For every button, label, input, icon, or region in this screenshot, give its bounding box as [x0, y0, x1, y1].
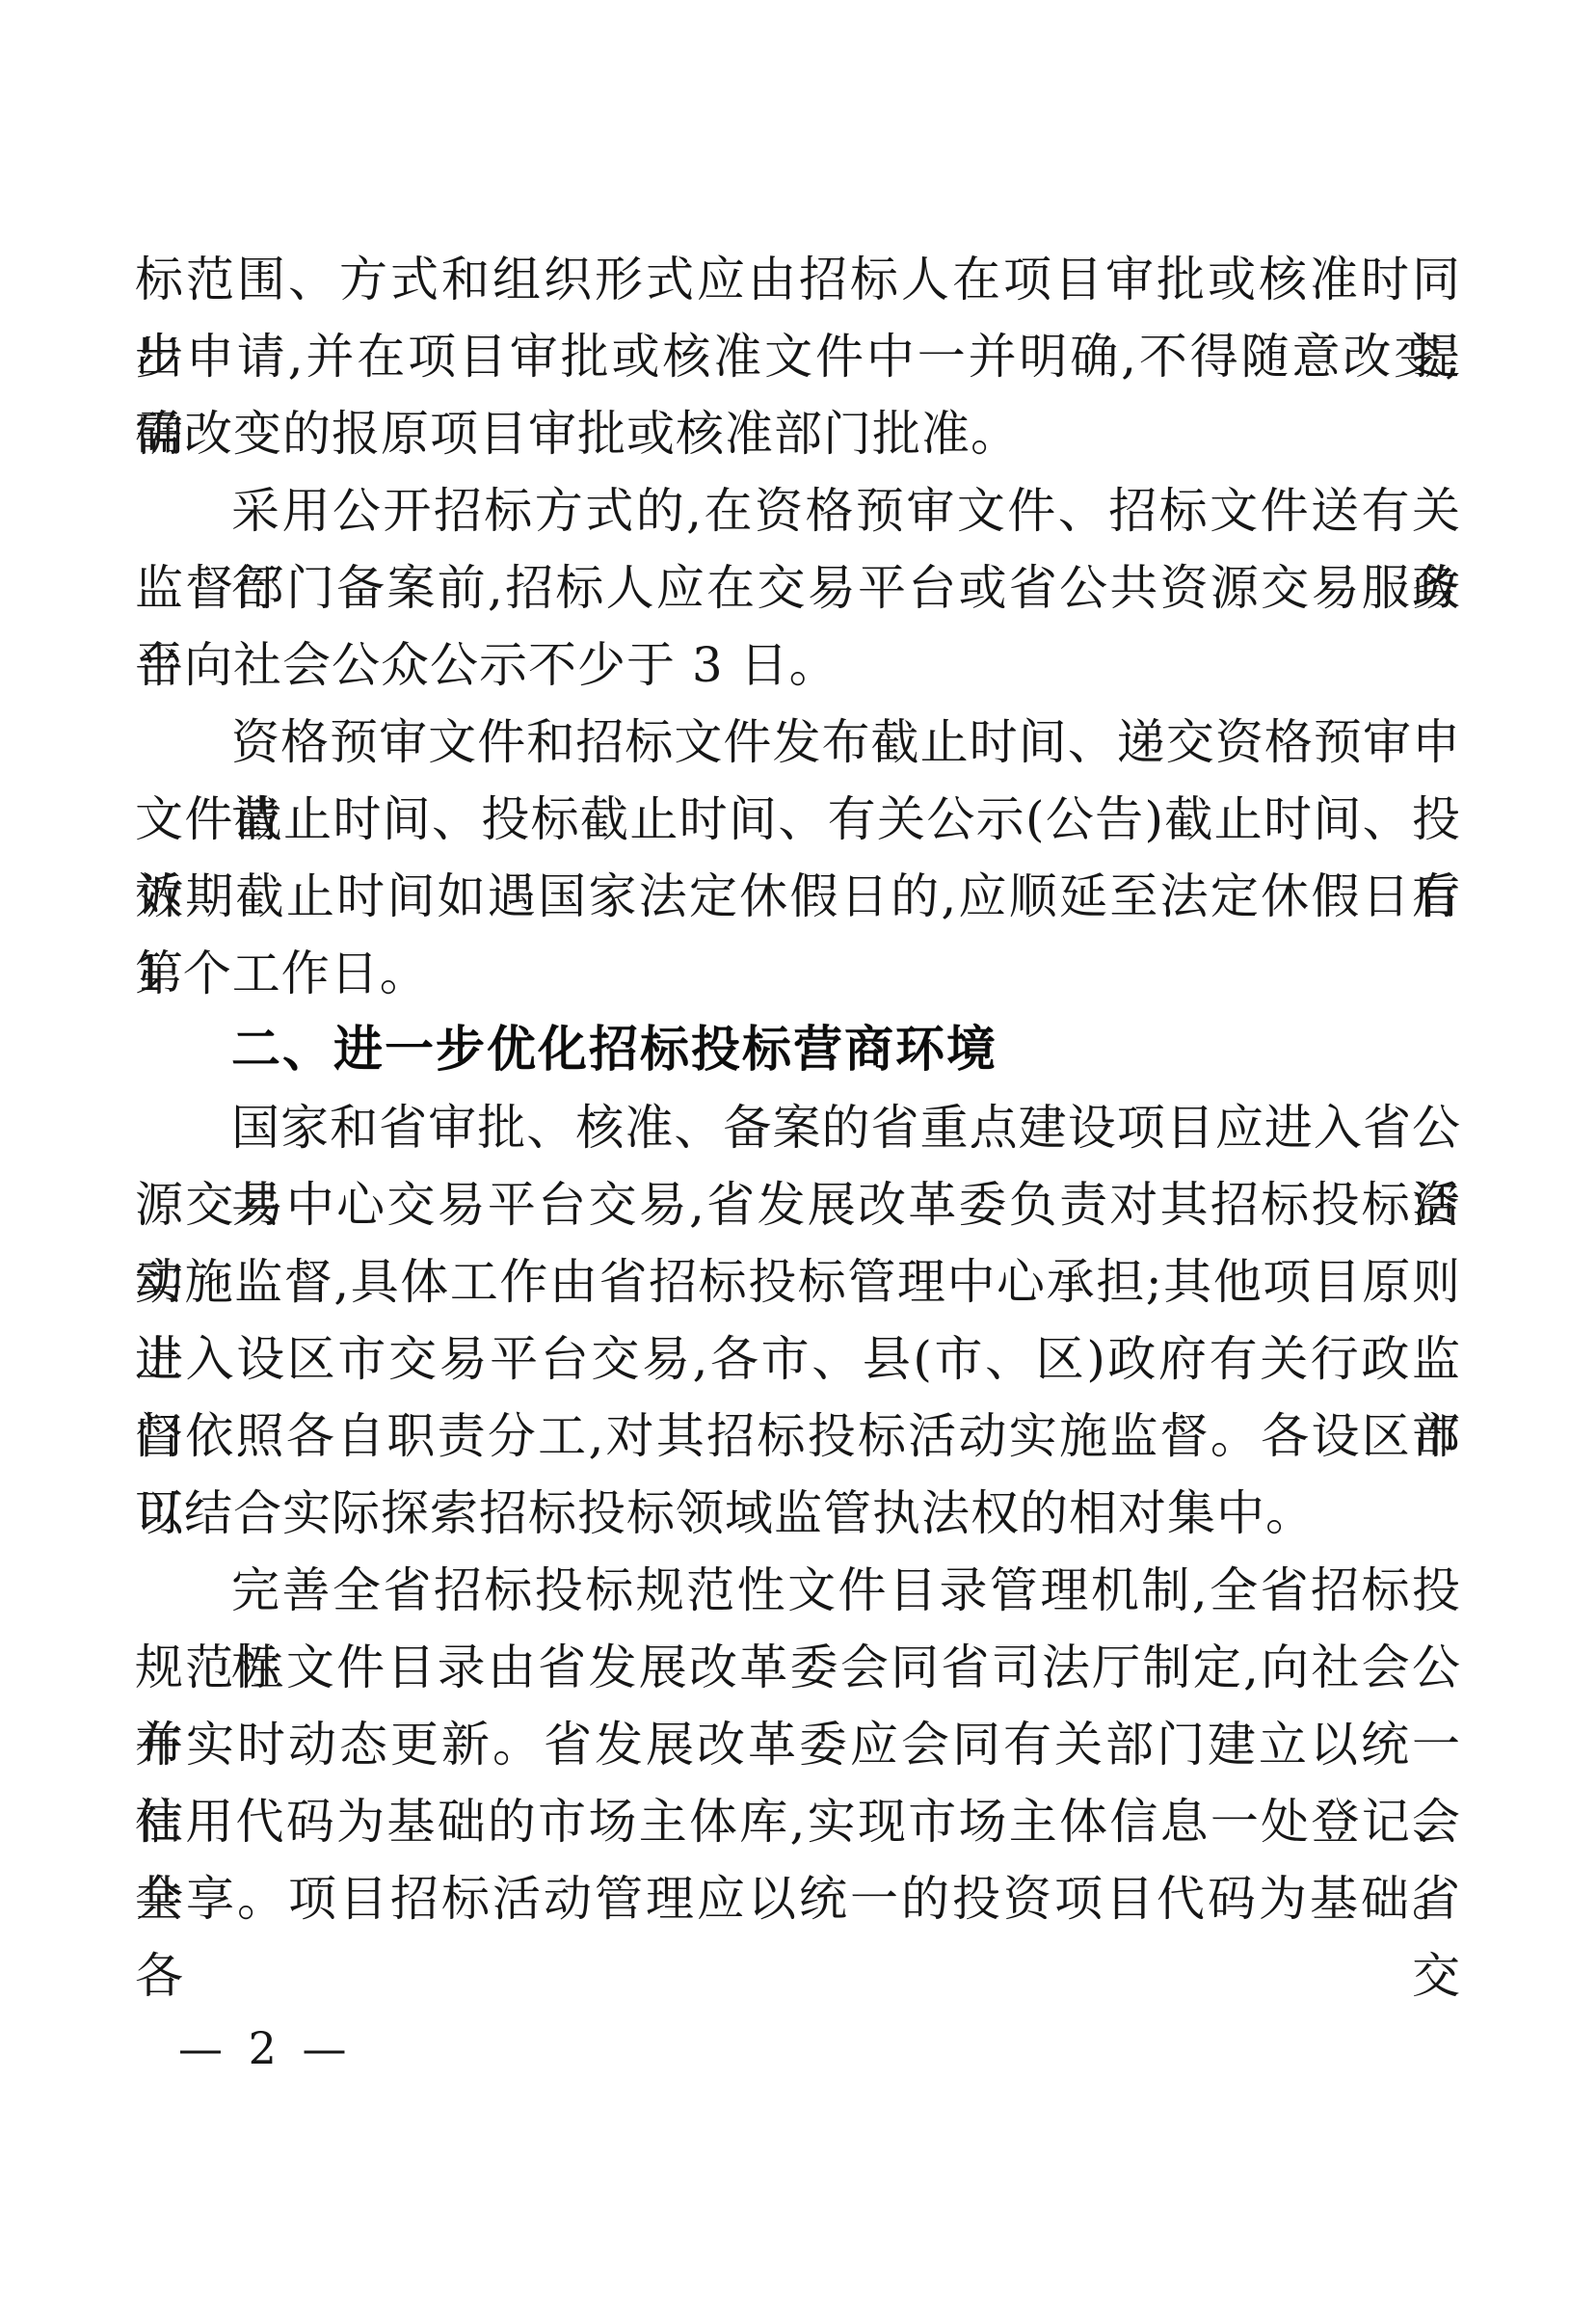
- page-number: — 2 —: [178, 2014, 353, 2082]
- text-line: 1 个工作日。: [135, 935, 1461, 1012]
- text-line: 出申请,并在项目审批或核准文件中一并明确,不得随意改变,确: [135, 318, 1461, 395]
- text-line: 需改变的报原项目审批或核准部门批准。: [135, 395, 1461, 472]
- text-line: 效期截止时间如遇国家法定休假日的,应顺延至法定休假日后第: [135, 858, 1461, 935]
- text-line: 标范围、方式和组织形式应由招标人在项目审批或核准时同步提: [135, 241, 1461, 318]
- text-line: 源交易中心交易平台交易,省发展改革委负责对其招标投标活动: [135, 1166, 1461, 1243]
- text-line: 进入设区市交易平台交易,各市、县(市、区)政府有关行政监督部: [135, 1320, 1461, 1398]
- text-line: 规范性文件目录由省发展改革委会同省司法厅制定,向社会公布: [135, 1629, 1461, 1706]
- text-line: 文件截止时间、投标截止时间、有关公示(公告)截止时间、投诉有: [135, 781, 1461, 858]
- section-heading: 二、进一步优化招标投标营商环境: [135, 1012, 1461, 1089]
- text-line: 信用代码为基础的市场主体库,实现市场主体信息一处登记、全省: [135, 1783, 1461, 1860]
- text-line: 共享。项目招标活动管理应以统一的投资项目代码为基础。各交: [135, 1860, 1461, 1937]
- text-line: 并实时动态更新。省发展改革委应会同有关部门建立以统一社会: [135, 1706, 1461, 1783]
- document-page: 标范围、方式和组织形式应由招标人在项目审批或核准时同步提出申请,并在项目审批或核…: [0, 0, 1596, 2320]
- text-line: 台向社会公众公示不少于 3 日。: [135, 627, 1461, 704]
- text-line: 门依照各自职责分工,对其招标投标活动实施监督。各设区市可: [135, 1398, 1461, 1475]
- text-line: 实施监督,具体工作由省招标投标管理中心承担;其他项目原则上: [135, 1243, 1461, 1320]
- text-line: 资格预审文件和招标文件发布截止时间、递交资格预审申请: [135, 704, 1461, 781]
- document-body: 标范围、方式和组织形式应由招标人在项目审批或核准时同步提出申请,并在项目审批或核…: [135, 241, 1461, 1937]
- text-line: 监督部门备案前,招标人应在交易平台或省公共资源交易服务平: [135, 549, 1461, 627]
- text-line: 国家和省审批、核准、备案的省重点建设项目应进入省公共资: [135, 1089, 1461, 1166]
- text-line: 完善全省招标投标规范性文件目录管理机制,全省招标投标: [135, 1552, 1461, 1629]
- text-line: 以结合实际探索招标投标领域监管执法权的相对集中。: [135, 1475, 1461, 1552]
- text-line: 采用公开招标方式的,在资格预审文件、招标文件送有关行政: [135, 472, 1461, 549]
